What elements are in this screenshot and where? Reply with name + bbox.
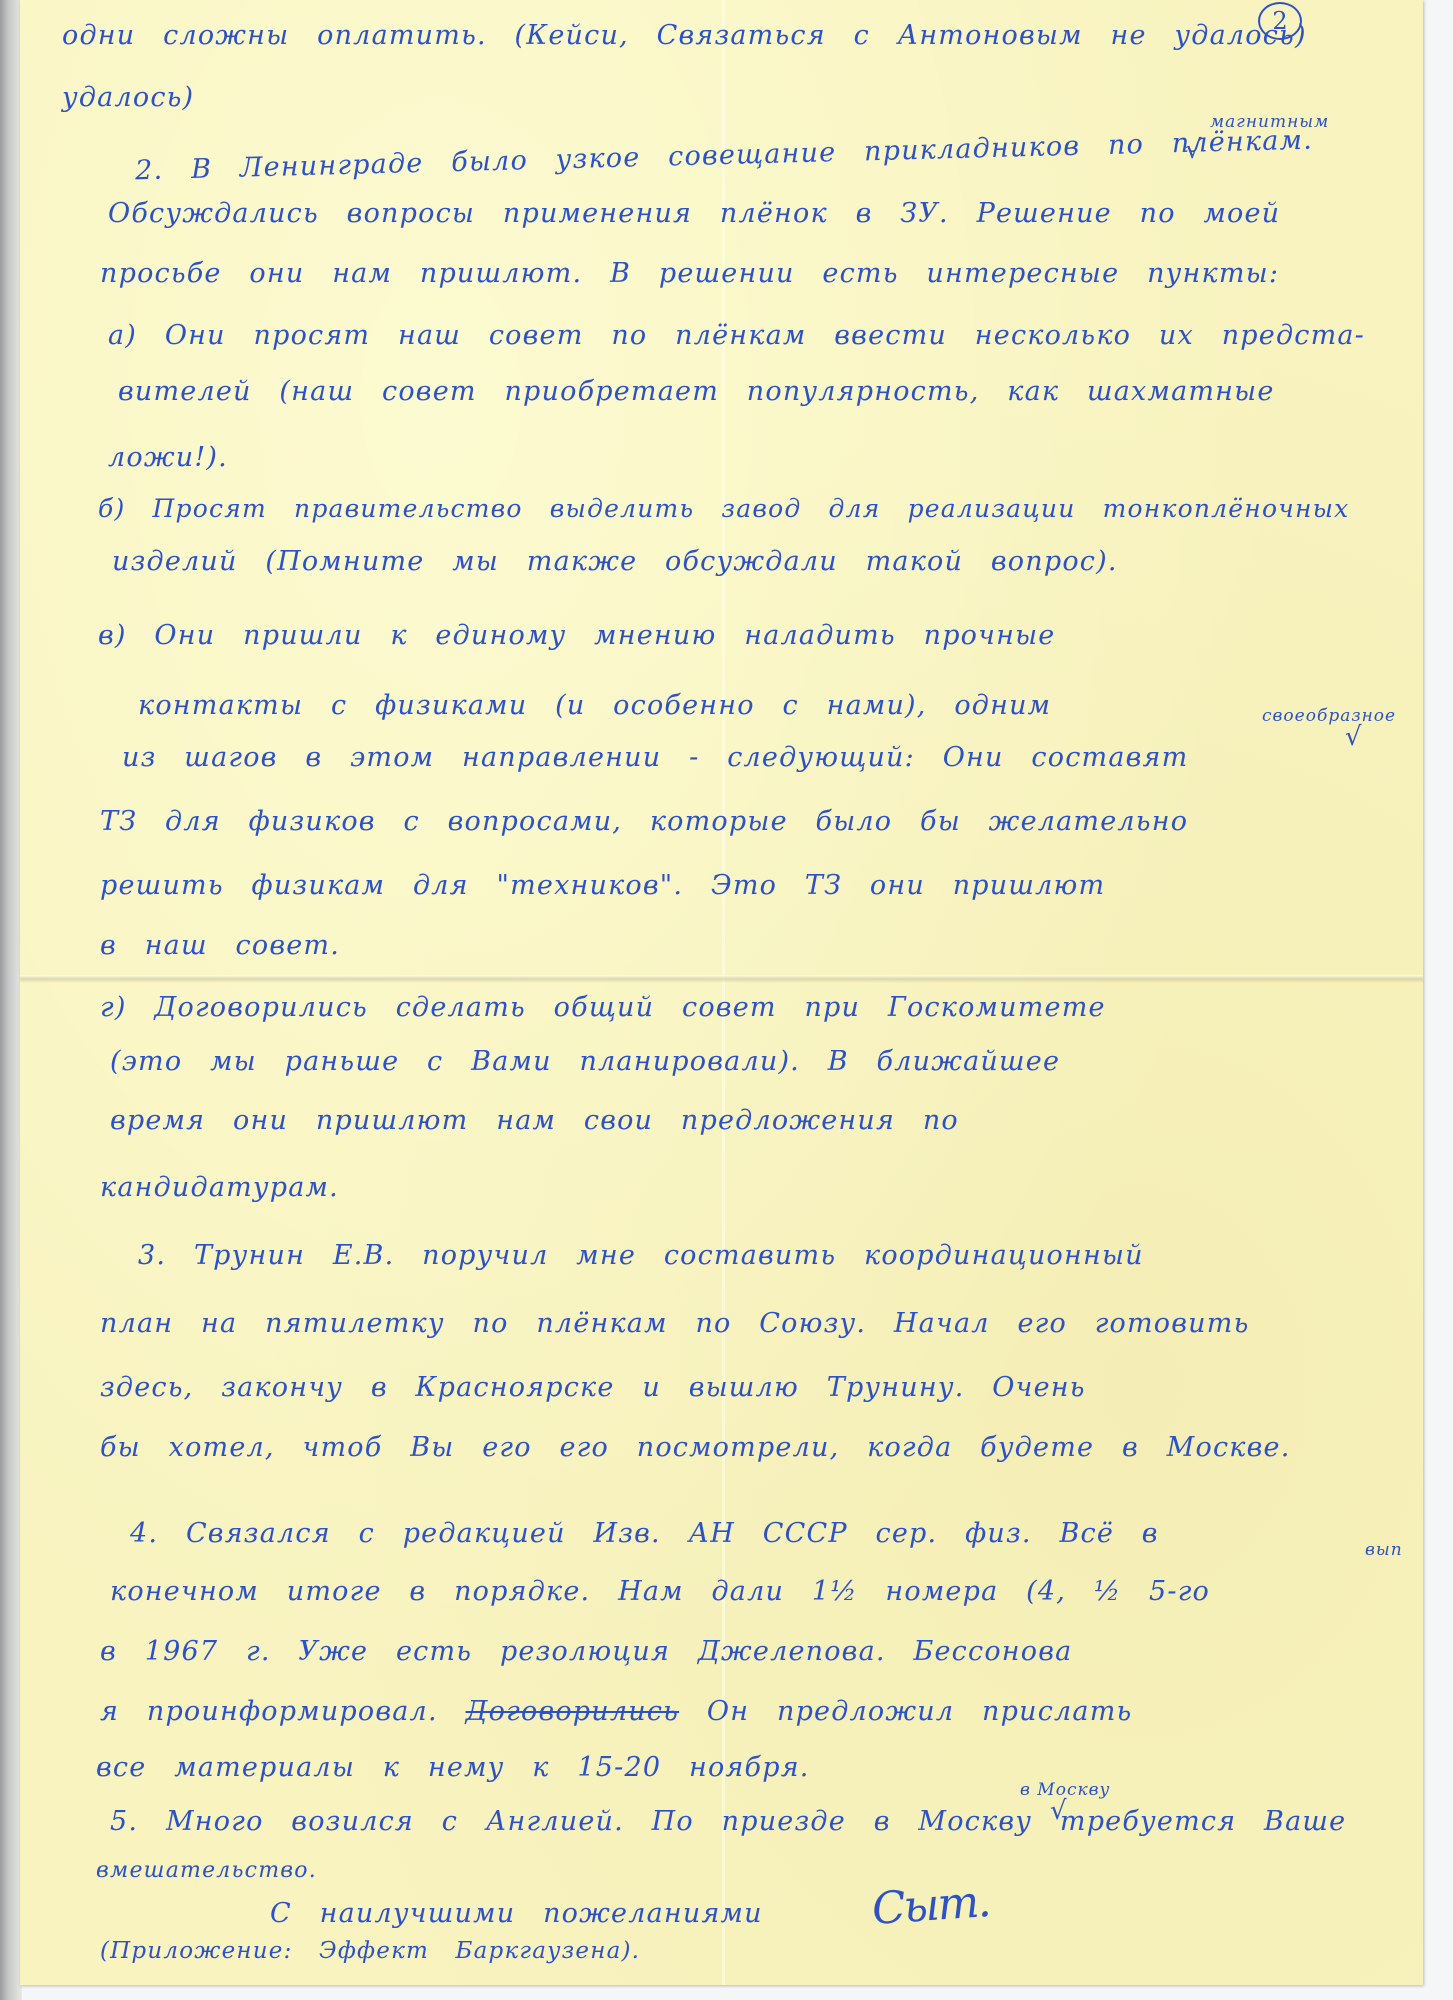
text-line: вмешательство. [96, 1858, 317, 1883]
text-line: все материалы к нему к 15-20 ноября. [96, 1752, 810, 1783]
text-line: здесь, закончу в Красноярске и вышлю Тру… [100, 1372, 1086, 1403]
text-line: в 1967 г. Уже есть резолюция Джелепова. … [100, 1636, 1072, 1667]
text-line: ложи!). [108, 442, 228, 473]
text-line: контакты с физиками (и особенно с нами),… [138, 690, 1051, 721]
text-line: в наш совет. [100, 930, 340, 961]
insertion-above: своеобразное [1262, 706, 1396, 726]
text-line: удалось) [62, 82, 194, 113]
text-line: кандидатурам. [100, 1172, 339, 1203]
text-line: (это мы раньше с Вами планировали). В бл… [110, 1046, 1060, 1077]
scanner-edge [0, 0, 22, 2000]
text-line: 3. Трунин Е.В. поручил мне составить коо… [138, 1240, 1144, 1271]
text-line: план на пятилетку по плёнкам по Союзу. Н… [100, 1308, 1249, 1339]
insertion-mark: √ [1345, 722, 1362, 752]
closing-line: С наилучшими пожеланиями [270, 1898, 763, 1929]
horizontal-fold-crease [20, 975, 1423, 983]
text-line: ТЗ для физиков с вопросами, которые было… [100, 806, 1188, 837]
text-fragment: Он предложил прислать [679, 1696, 1132, 1727]
text-line: я проинформировал. Договорились Он предл… [100, 1696, 1132, 1727]
text-line: просьбе они нам пришлют. В решении есть … [100, 258, 1279, 289]
text-line: Обсуждались вопросы применения плёнок в … [108, 198, 1280, 229]
text-line: вителей (наш совет приобретает популярно… [118, 376, 1275, 407]
text-line: г) Договорились сделать общий совет при … [100, 992, 1106, 1023]
text-line: время они пришлют нам свои предложения п… [110, 1105, 959, 1136]
text-line: б) Просят правительство выделить завод д… [98, 494, 1349, 523]
text-line: 5. Много возился с Англией. По приезде в… [110, 1806, 1346, 1837]
insertion-above: вып [1365, 1540, 1403, 1560]
text-line: одни сложны оплатить. (Кейси, Связаться … [62, 20, 1307, 51]
struck-out-word: Договорились [466, 1696, 680, 1727]
text-line: конечном итоге в порядке. Нам дали 1½ но… [110, 1576, 1210, 1607]
signature: Сыт. [870, 1876, 990, 1935]
text-fragment: я проинформировал. [100, 1696, 466, 1727]
text-line: изделий (Помните мы также обсуждали тако… [112, 546, 1118, 577]
text-line: а) Они просят наш совет по плёнкам ввест… [108, 320, 1365, 351]
text-line: бы хотел, чтоб Вы его его посмотрели, ко… [100, 1432, 1290, 1463]
text-line: решить физикам для "техников". Это ТЗ он… [100, 870, 1105, 901]
enclosure-note: (Приложение: Эффект Баркгаузена). [100, 1938, 640, 1964]
text-line: из шагов в этом направлении - следующий:… [122, 742, 1188, 773]
text-line: в) Они пришли к единому мнению наладить … [98, 620, 1056, 651]
text-line: 4. Связался с редакцией Изв. АН СССР сер… [130, 1518, 1159, 1549]
